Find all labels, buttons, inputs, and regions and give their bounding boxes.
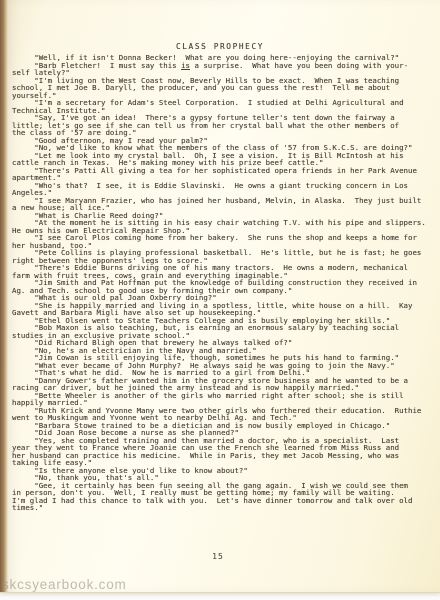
text-line: times." [12, 504, 438, 512]
text-line: school, I met Joe B. Daryll, the produce… [12, 84, 438, 92]
watermark: skcsyearbook.com [2, 577, 127, 592]
text-line: "Barb Fletcher! I must say this is a sur… [12, 62, 438, 70]
text-line: "There's Patti All giving a tea for her … [12, 167, 438, 175]
page-title: CLASS PROPHECY [0, 42, 440, 51]
page-number: 15 [0, 552, 436, 561]
page-binding-edge [0, 0, 8, 592]
scanned-yearbook-page: CLASS PROPHECY "Well, if it isn't Donna … [0, 0, 440, 600]
prophecy-text: "Well, if it isn't Donna Becker! What ar… [12, 54, 438, 512]
text-line: "Who's that? I see, it is Eddie Slavinsk… [12, 182, 438, 190]
text-line: I'm glad I had this chance to talk with … [12, 497, 438, 505]
